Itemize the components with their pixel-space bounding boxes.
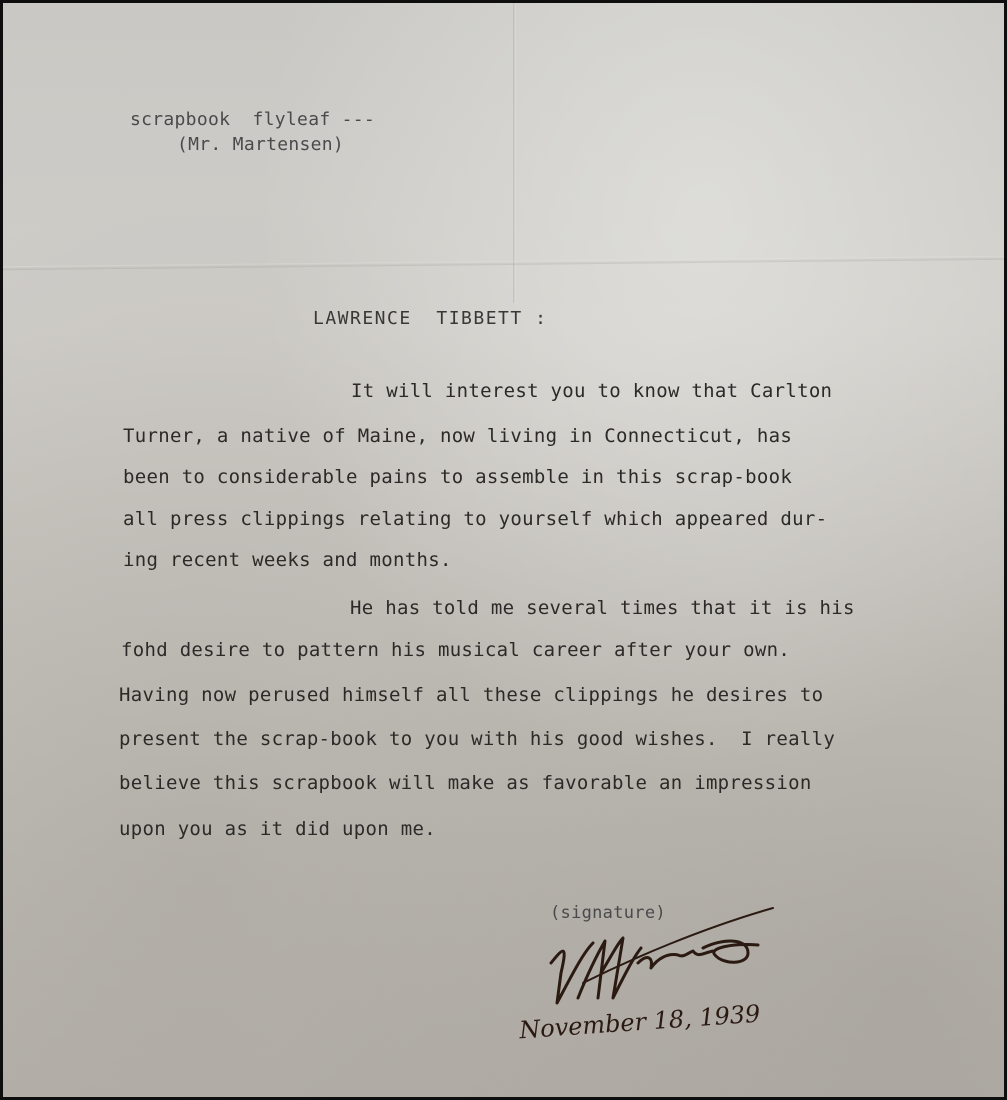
paragraph-2-line-2: fohd desire to pattern his musical caree… bbox=[121, 639, 790, 661]
header-title: scrapbook flyleaf --- bbox=[130, 109, 375, 130]
paragraph-2-line-3: Having now perused himself all these cli… bbox=[119, 684, 823, 706]
paragraph-2-line-5: believe this scrapbook will make as favo… bbox=[119, 772, 812, 794]
scanned-letter-page: scrapbook flyleaf --- (Mr. Martensen) LA… bbox=[3, 3, 1004, 1097]
paper-fold-vertical bbox=[513, 3, 516, 303]
salutation: LAWRENCE TIBBETT : bbox=[313, 308, 547, 329]
paragraph-1-line-2: Turner, a native of Maine, now living in… bbox=[123, 425, 792, 447]
paragraph-1-line-5: ing recent weeks and months. bbox=[123, 549, 452, 571]
paragraph-2-line-6: upon you as it did upon me. bbox=[119, 818, 436, 840]
paragraph-1-line-1: It will interest you to know that Carlto… bbox=[351, 380, 832, 402]
paragraph-2-line-4: present the scrap-book to you with his g… bbox=[119, 728, 835, 750]
paragraph-1-line-4: all press clippings relating to yourself… bbox=[123, 508, 827, 530]
handwritten-signature bbox=[543, 903, 783, 1013]
paragraph-1-line-3: been to considerable pains to assemble i… bbox=[123, 466, 792, 488]
header-recipient-note: (Mr. Martensen) bbox=[177, 134, 344, 155]
paper-fold-horizontal bbox=[3, 256, 1004, 270]
paragraph-2-line-1: He has told me several times that it is … bbox=[350, 597, 855, 619]
